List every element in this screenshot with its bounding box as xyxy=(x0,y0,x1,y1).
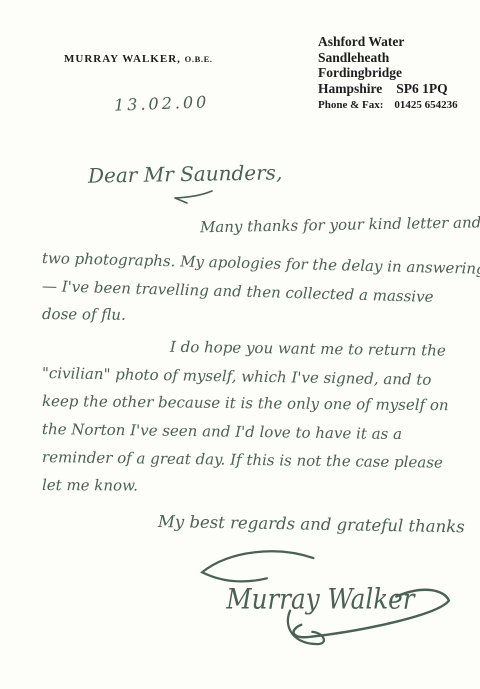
sender-name-text: MURRAY WALKER, xyxy=(64,53,181,65)
closing-line: My best regards and grateful thanks xyxy=(158,512,465,536)
body-line: keep the other because it is the only on… xyxy=(42,387,472,420)
letter-body: Many thanks for your kind letter and the… xyxy=(42,216,472,499)
signature: Murray Walker xyxy=(192,543,460,651)
scanned-letter: { "letterhead": { "name_main": "MURRAY W… xyxy=(0,0,480,689)
salutation: Dear Mr Saunders, xyxy=(88,160,283,187)
signature-flourish-icon: Murray Walker xyxy=(192,543,460,651)
phone-fax-number: 01425 654236 xyxy=(394,99,457,111)
letterhead-sender-name: MURRAY WALKER, O.B.E. xyxy=(64,53,213,65)
handwritten-date: 13.02.00 xyxy=(114,92,210,114)
county: Hampshire xyxy=(318,81,382,96)
phone-fax-label: Phone & Fax: xyxy=(318,99,383,111)
letterhead-address-block: Ashford Water Sandleheath Fordingbridge … xyxy=(318,34,458,114)
signature-name: Murray Walker xyxy=(226,583,416,616)
address-line: Sandleheath xyxy=(318,50,458,66)
address-line: Fordingbridge xyxy=(318,65,458,81)
body-line: Many thanks for your kind letter and the xyxy=(42,208,472,244)
postcode: SP6 1PQ xyxy=(396,81,447,96)
sender-honorific: O.B.E. xyxy=(185,54,213,64)
body-line: let me know. xyxy=(42,471,472,501)
letter-paper: MURRAY WALKER, O.B.E. Ashford Water Sand… xyxy=(0,0,480,689)
pen-flourish-arrow-icon xyxy=(168,188,214,206)
phone-fax-line: Phone & Fax:01425 654236 xyxy=(318,98,458,114)
address-line: Ashford Water xyxy=(318,34,458,50)
address-county-line: HampshireSP6 1PQ xyxy=(318,81,458,97)
body-line: dose of flu. xyxy=(42,300,472,332)
